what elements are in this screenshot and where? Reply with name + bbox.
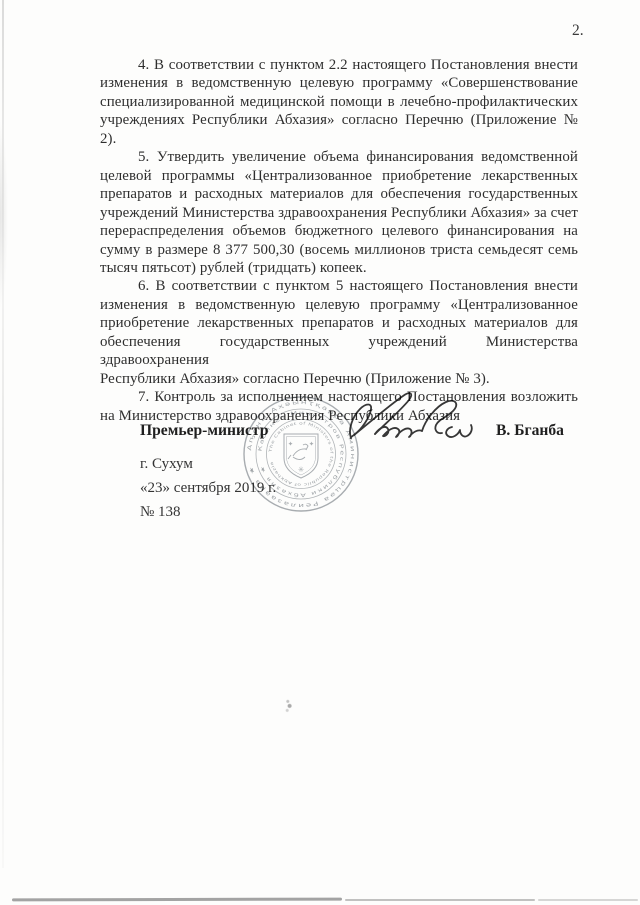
text-line: 5. Утвердить увеличение объема финансиро…	[100, 148, 578, 166]
text-line: специализированной медицинской помощи в …	[100, 93, 578, 111]
text-line: изменения в ведомственную целевую програ…	[100, 296, 578, 314]
text-line: обеспечения государственных учреждений М…	[100, 333, 578, 370]
document-body: 4. В соответствии с пунктом 2.2 настояще…	[100, 56, 578, 425]
document-number: № 138	[140, 504, 181, 521]
text-line: сумму в размере 8 377 500,30 (восемь мил…	[100, 241, 578, 259]
text-line: учреждений Министерства здравоохранения …	[100, 204, 578, 222]
document-page: 2. 4. В соответствии с пунктом 2.2 насто…	[0, 0, 640, 905]
shield-star-right-icon: ✦	[309, 440, 315, 448]
text-line: приобретение лекарственных препаратов и …	[100, 314, 578, 332]
text-line: целевой программы «Централизованное прио…	[100, 167, 578, 185]
text-line: тысяч пятьсот) рублей (тридцать) копеек.	[100, 259, 578, 277]
text-line: изменения в ведомственную целевую програ…	[100, 74, 578, 92]
page-number: 2.	[572, 22, 584, 40]
scan-edge-artifact-bottom	[538, 899, 638, 901]
scan-smudge-artifact	[0, 120, 8, 310]
text-line: 6. В соответствии с пунктом 5 настоящего…	[100, 277, 578, 295]
scan-edge-artifact-bottom	[12, 898, 342, 901]
scan-edge-artifact-bottom	[345, 899, 535, 901]
shield-star-bottom-icon: ✳	[298, 465, 305, 474]
scan-speck-artifact	[283, 696, 295, 714]
text-line: 4. В соответствии с пунктом 2.2 настояще…	[100, 56, 578, 74]
shield-star-left-icon: ✦	[288, 440, 294, 448]
signer-name: В. Бганба	[496, 422, 564, 440]
text-line: перераспределения объемов бюджетного цел…	[100, 222, 578, 240]
text-line: препаратов и расходных материалов для об…	[100, 185, 578, 203]
text-line: учреждениях Республики Абхазия» согласно…	[100, 111, 578, 148]
place-line: г. Сухум	[140, 456, 193, 473]
handwritten-signature	[335, 390, 495, 450]
text-line: Республики Абхазия» согласно Перечню (Пр…	[100, 370, 578, 388]
